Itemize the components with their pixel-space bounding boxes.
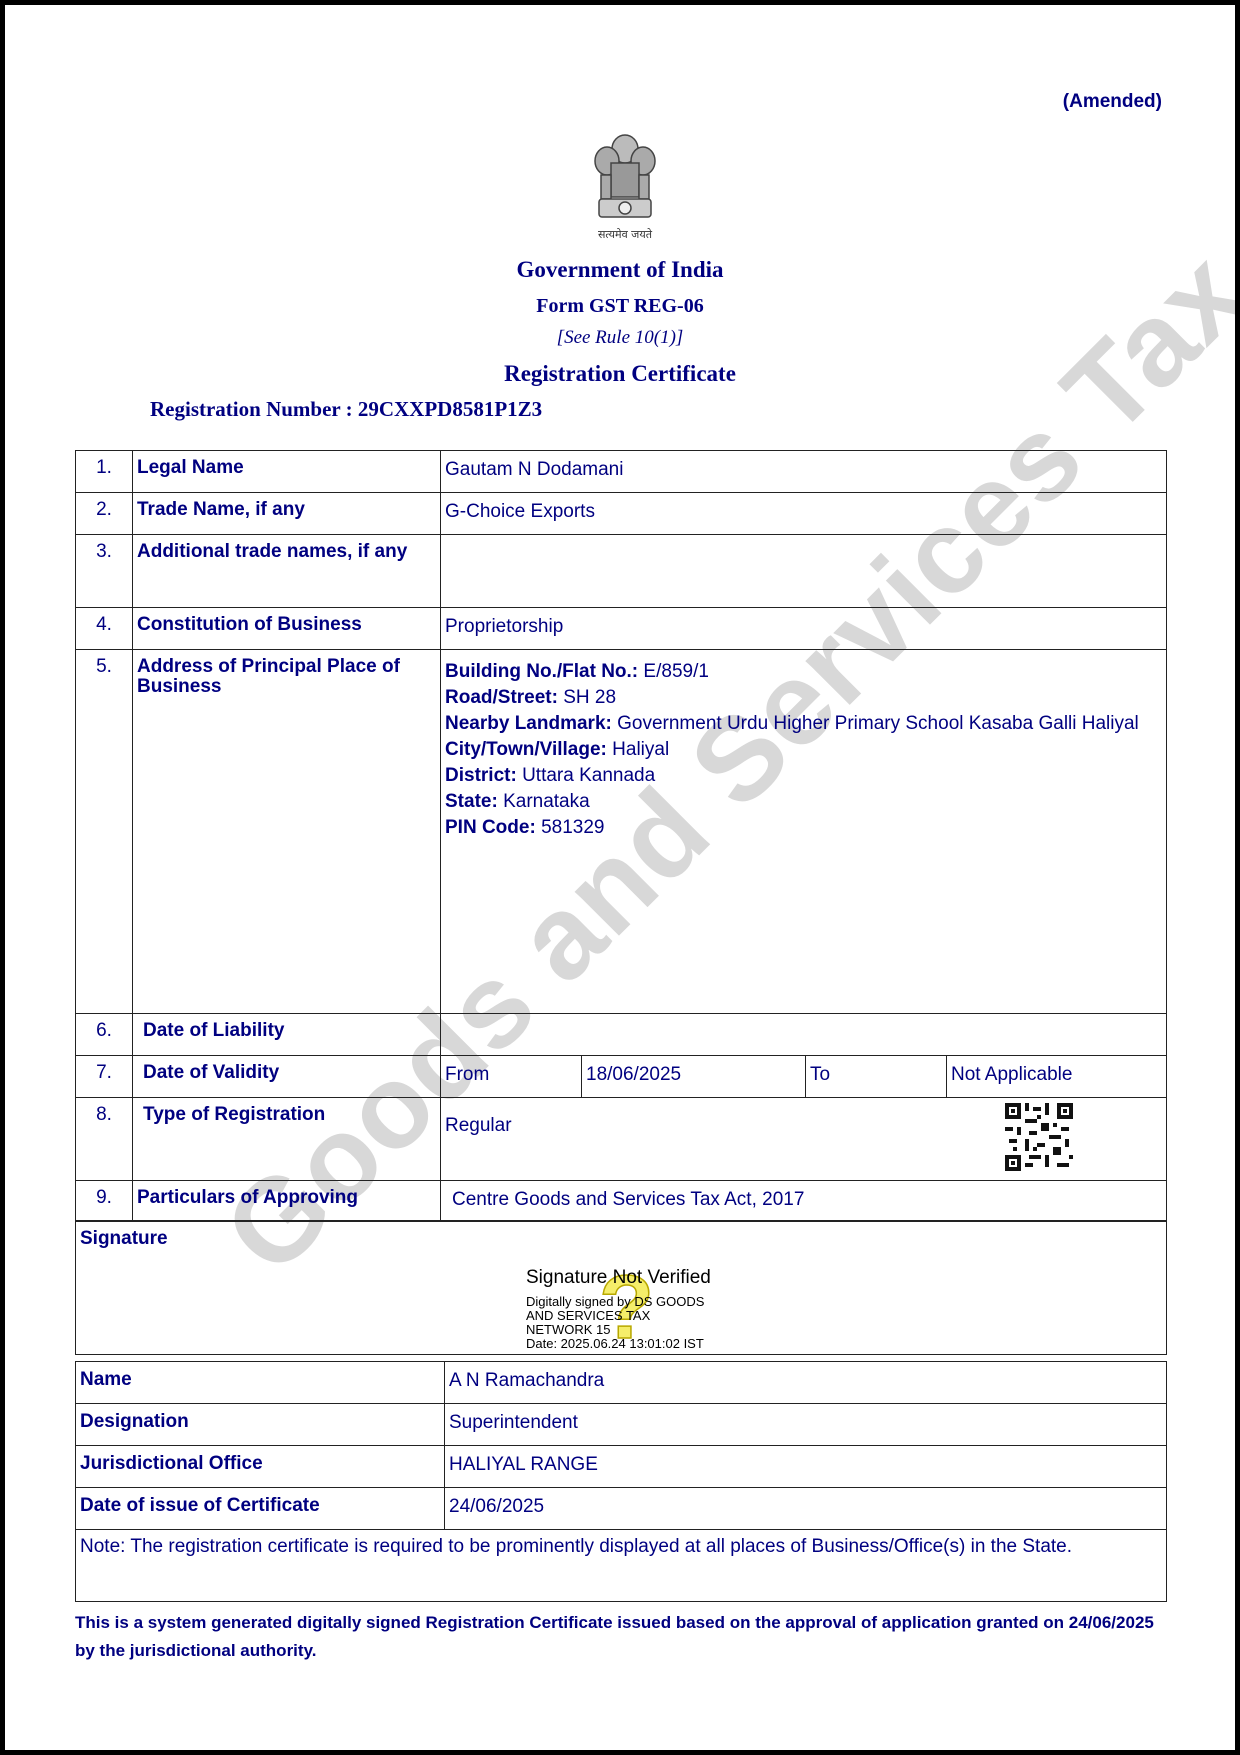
row-number: 5. <box>76 650 133 1014</box>
issue-date-label: Date of issue of Certificate <box>76 1488 445 1530</box>
row-label: Particulars of Approving <box>133 1181 441 1222</box>
officer-name-value: A N Ramachandra <box>445 1362 1167 1404</box>
display-note: Note: The registration certificate is re… <box>76 1530 1167 1602</box>
government-title: Government of India <box>5 257 1235 283</box>
signature-date: Date: 2025.06.24 13:01:02 IST <box>526 1337 711 1351</box>
registration-number-value: 29CXXPD8581P1Z3 <box>358 397 542 421</box>
officer-name-label: Name <box>76 1362 445 1404</box>
validity-to-label: To <box>806 1056 947 1098</box>
rule-reference: [See Rule 10(1)] <box>5 327 1235 349</box>
row-label: Date of Validity <box>133 1056 441 1098</box>
row-label: Additional trade names, if any <box>133 535 441 608</box>
signer-line: NETWORK 15 <box>526 1323 711 1337</box>
designation-label: Designation <box>76 1404 445 1446</box>
validity-from-label: From <box>441 1056 582 1098</box>
address-landmark: Nearby Landmark: Government Urdu Higher … <box>445 711 1162 737</box>
issue-date-value: 24/06/2025 <box>445 1488 1167 1530</box>
jurisdictional-office-value: HALIYAL RANGE <box>445 1446 1167 1488</box>
signature-cell: Signature ? Signature Not Verified Digit… <box>76 1221 1167 1355</box>
digital-signature-block: Signature Not Verified Digitally signed … <box>526 1267 711 1351</box>
constitution-value: Proprietorship <box>441 608 1167 650</box>
date-of-liability-value <box>441 1014 1167 1056</box>
validity-to-value: Not Applicable <box>947 1056 1167 1098</box>
legal-name-value: Gautam N Dodamani <box>441 451 1167 493</box>
table-row: 6. Date of Liability <box>76 1014 1167 1056</box>
signature-label: Signature <box>80 1228 1162 1250</box>
row-number: 9. <box>76 1181 133 1222</box>
address-city: City/Town/Village: Haliyal <box>445 737 1162 763</box>
signature-status: Signature Not Verified <box>526 1267 711 1289</box>
system-generated-footer: This is a system generated digitally sig… <box>75 1609 1165 1665</box>
table-row: Jurisdictional Office HALIYAL RANGE <box>76 1446 1167 1488</box>
trade-name-value: G-Choice Exports <box>441 493 1167 535</box>
address-district: District: Uttara Kannada <box>445 763 1162 789</box>
row-label: Address of Principal Place of Business <box>133 650 441 1014</box>
national-emblem-icon: सत्यमेव जयते <box>585 127 665 245</box>
form-title: Form GST REG-06 <box>5 295 1235 318</box>
table-row: 9. Particulars of Approving Centre Goods… <box>76 1181 1167 1222</box>
row-label: Legal Name <box>133 451 441 493</box>
row-label: Trade Name, if any <box>133 493 441 535</box>
svg-text:सत्यमेव जयते: सत्यमेव जयते <box>598 228 653 241</box>
jurisdictional-office-label: Jurisdictional Office <box>76 1446 445 1488</box>
row-label: Date of Liability <box>133 1014 441 1056</box>
table-row: 2. Trade Name, if any G-Choice Exports <box>76 493 1167 535</box>
table-row: 3. Additional trade names, if any <box>76 535 1167 608</box>
table-row: 8. Type of Registration Regular <box>76 1098 1167 1181</box>
certificate-page: Goods and Services Tax (Amended) सत्यमेव… <box>5 5 1235 1750</box>
signature-table: Signature ? Signature Not Verified Digit… <box>75 1220 1167 1355</box>
registration-number: Registration Number : 29CXXPD8581P1Z3 <box>150 397 542 422</box>
row-number: 4. <box>76 608 133 650</box>
approving-act-value: Centre Goods and Services Tax Act, 2017 <box>441 1181 1167 1222</box>
table-row: 5. Address of Principal Place of Busines… <box>76 650 1167 1014</box>
row-number: 8. <box>76 1098 133 1181</box>
table-row: Name A N Ramachandra <box>76 1362 1167 1404</box>
row-number: 3. <box>76 535 133 608</box>
registration-type-value: Regular <box>441 1098 1167 1181</box>
row-number: 7. <box>76 1056 133 1098</box>
registration-number-label: Registration Number : <box>150 397 353 421</box>
row-number: 6. <box>76 1014 133 1056</box>
table-row: 4. Constitution of Business Proprietorsh… <box>76 608 1167 650</box>
row-number: 1. <box>76 451 133 493</box>
table-row: 1. Legal Name Gautam N Dodamani <box>76 451 1167 493</box>
additional-trade-names-value <box>441 535 1167 608</box>
signer-line: Digitally signed by DS GOODS <box>526 1295 711 1309</box>
amended-label: (Amended) <box>1063 91 1162 113</box>
address-value: Building No./Flat No.: E/859/1 Road/Stre… <box>441 650 1167 1014</box>
certificate-title: Registration Certificate <box>5 361 1235 387</box>
details-table: 1. Legal Name Gautam N Dodamani 2. Trade… <box>75 450 1167 1222</box>
address-pin: PIN Code: 581329 <box>445 815 1162 841</box>
address-state: State: Karnataka <box>445 789 1162 815</box>
address-road: Road/Street: SH 28 <box>445 685 1162 711</box>
designation-value: Superintendent <box>445 1404 1167 1446</box>
row-number: 2. <box>76 493 133 535</box>
table-row: Designation Superintendent <box>76 1404 1167 1446</box>
address-building: Building No./Flat No.: E/859/1 <box>445 659 1162 685</box>
validity-from-value: 18/06/2025 <box>582 1056 806 1098</box>
row-label: Constitution of Business <box>133 608 441 650</box>
row-label: Type of Registration <box>133 1098 441 1181</box>
signer-line: AND SERVICES TAX <box>526 1309 711 1323</box>
table-row: Date of issue of Certificate 24/06/2025 <box>76 1488 1167 1530</box>
table-row: 7. Date of Validity From 18/06/2025 To N… <box>76 1056 1167 1098</box>
officer-table: Name A N Ramachandra Designation Superin… <box>75 1361 1167 1602</box>
